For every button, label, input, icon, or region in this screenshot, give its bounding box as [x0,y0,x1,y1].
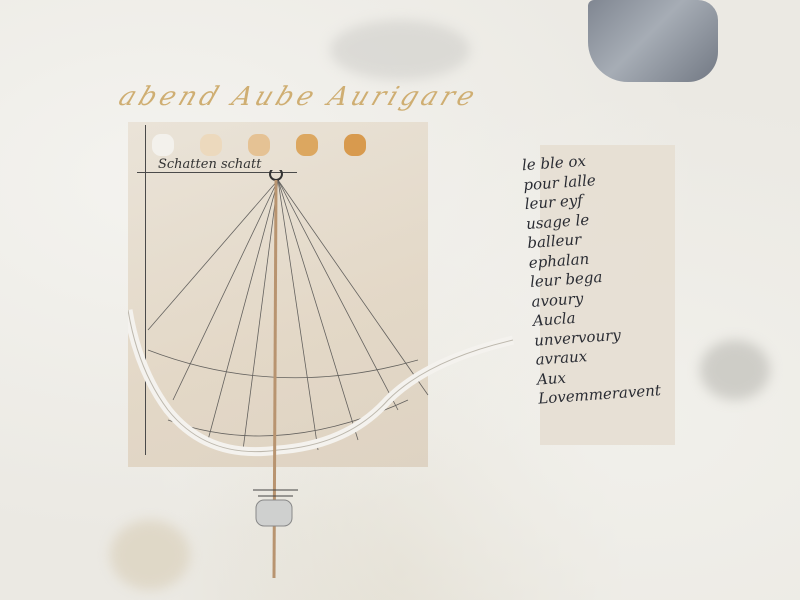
color-swatches [152,134,366,156]
handwritten-headline: abend Aube Aurigare [115,82,706,112]
swatch [200,134,222,156]
white-branch [128,310,513,452]
stone-fragment [588,0,718,82]
wall-stain [700,340,770,400]
weight [256,500,292,526]
sundial-drawing [128,170,528,590]
swatch [296,134,318,156]
wall-stain [330,20,470,80]
hanging-ring [270,170,282,180]
handwritten-note: le ble ox pour lalle leur eyf usage le b… [521,144,708,409]
swatch [248,134,270,156]
swatch [344,134,366,156]
swatch [152,134,174,156]
